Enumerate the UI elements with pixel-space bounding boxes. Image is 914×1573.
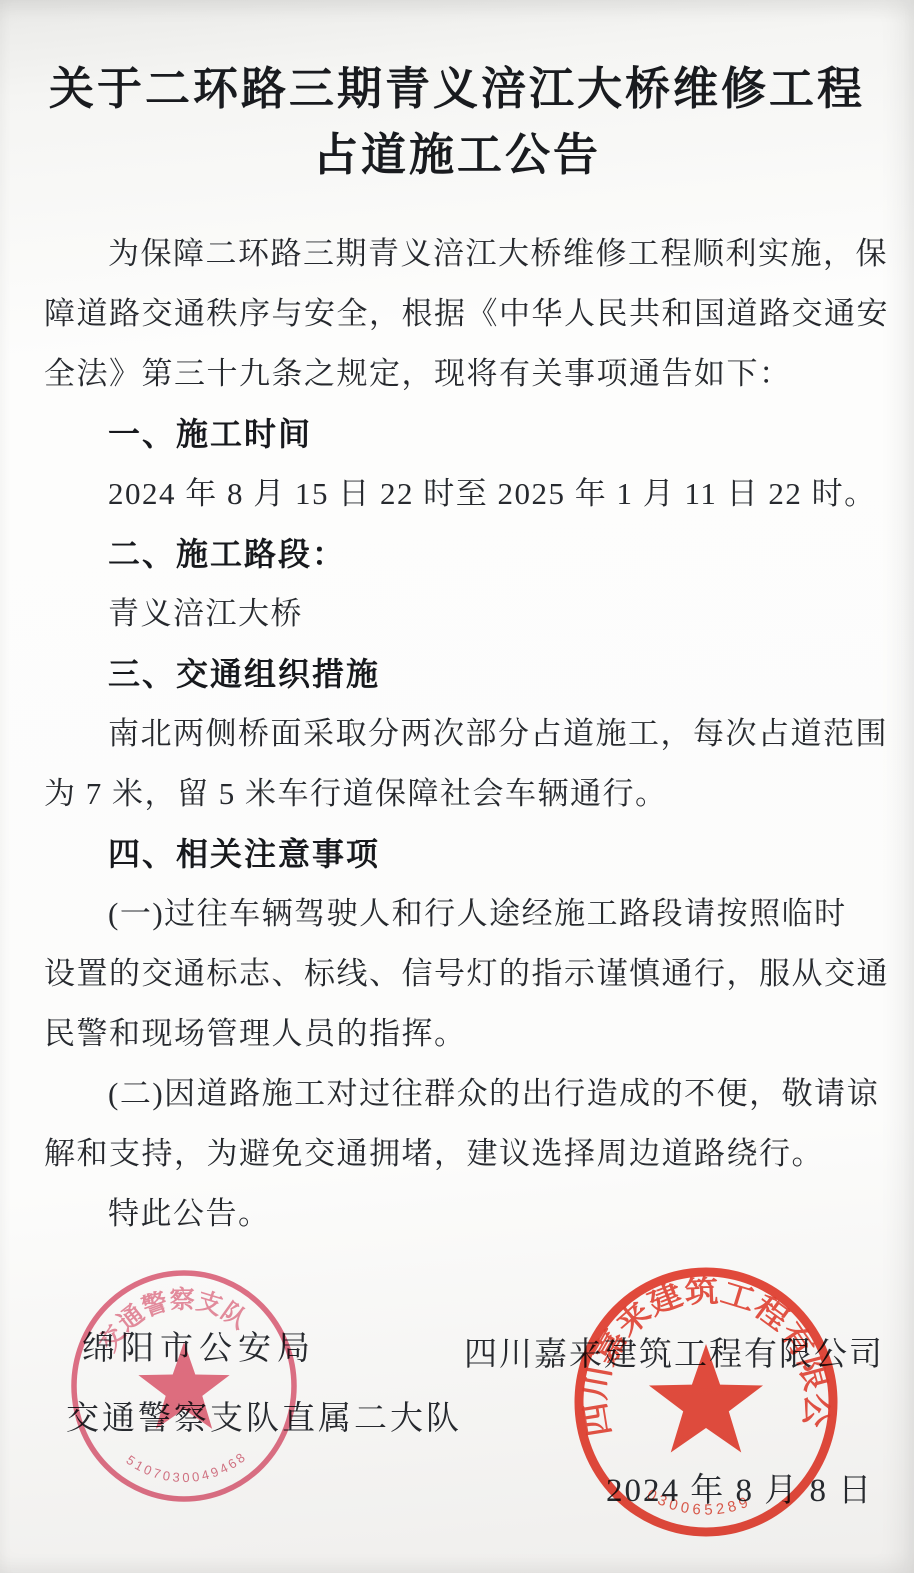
doc-line: 南北两侧桥面采取分两次部分占道施工，每次占道范围 bbox=[44, 704, 872, 764]
notice-document: 关于二环路三期青义涪江大桥维修工程 占道施工公告 为保障二环路三期青义涪江大桥维… bbox=[0, 0, 914, 1573]
doc-line: 解和支持，为避免交通拥堵，建议选择周边道路绕行。 bbox=[44, 1124, 872, 1184]
stamp-right-serial: 030065289 bbox=[644, 1486, 754, 1519]
doc-line: 为保障二环路三期青义涪江大桥维修工程顺利实施，保 bbox=[44, 224, 872, 284]
doc-line: 特此公告。 bbox=[44, 1184, 872, 1244]
doc-line: 二、施工路段： bbox=[44, 524, 872, 584]
doc-line: 四、相关注意事项 bbox=[44, 824, 872, 884]
star-icon bbox=[138, 1342, 229, 1429]
star-icon bbox=[649, 1344, 763, 1453]
stamp-left-serial: 5107030049468 bbox=[124, 1448, 251, 1485]
doc-line: 为 7 米，留 5 米车行道保障社会车辆通行。 bbox=[44, 764, 872, 824]
doc-line: 民警和现场管理人员的指挥。 bbox=[44, 1004, 872, 1064]
company-stamp: 四川嘉来建筑工程有限公司 030065289 bbox=[568, 1264, 844, 1540]
doc-line: 设置的交通标志、标线、信号灯的指示谨慎通行，服从交通 bbox=[44, 944, 872, 1004]
title-line-2: 占道施工公告 bbox=[0, 122, 914, 188]
document-title: 关于二环路三期青义涪江大桥维修工程 占道施工公告 bbox=[0, 56, 914, 188]
doc-line: (一)过往车辆驾驶人和行人途经施工路段请按照临时 bbox=[44, 884, 872, 944]
doc-line: 三、交通组织措施 bbox=[44, 644, 872, 704]
doc-line: 障道路交通秩序与安全，根据《中华人民共和国道路交通安 bbox=[44, 284, 872, 344]
doc-line: 青义涪江大桥 bbox=[44, 584, 872, 644]
svg-text:5107030049468: 5107030049468 bbox=[124, 1448, 251, 1485]
doc-line: 一、施工时间 bbox=[44, 404, 872, 464]
doc-line: (二)因道路施工对过往群众的出行造成的不便，敬请谅 bbox=[44, 1064, 872, 1124]
police-stamp: 交通警察支队 5107030049468 bbox=[66, 1266, 302, 1506]
doc-line: 2024 年 8 月 15 日 22 时至 2025 年 1 月 11 日 22… bbox=[44, 464, 872, 524]
document-body: 为保障二环路三期青义涪江大桥维修工程顺利实施，保障道路交通秩序与安全，根据《中华… bbox=[44, 224, 872, 1244]
doc-line: 全法》第三十九条之规定，现将有关事项通告如下： bbox=[44, 344, 872, 404]
title-line-1: 关于二环路三期青义涪江大桥维修工程 bbox=[0, 56, 914, 122]
svg-text:030065289: 030065289 bbox=[644, 1486, 754, 1519]
